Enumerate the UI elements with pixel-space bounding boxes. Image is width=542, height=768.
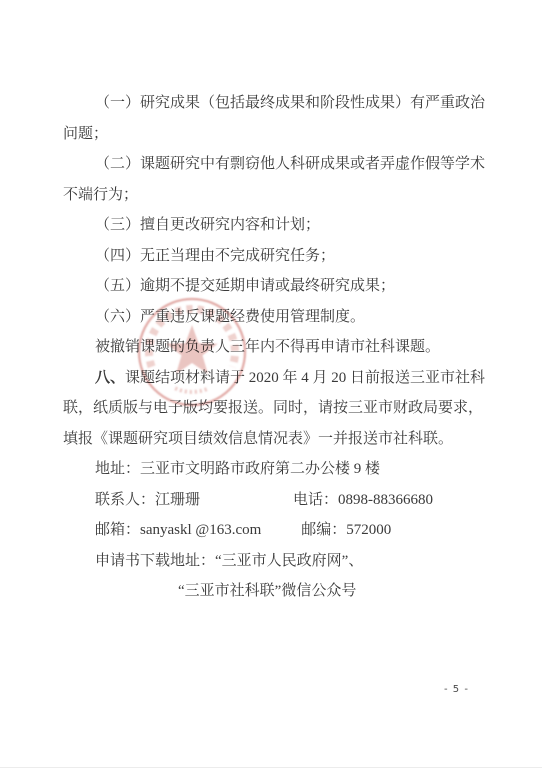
clause-4-line: （四）无正当理由不完成研究任务； [95, 241, 487, 272]
item-8-line-2: 联，纸质版与电子版均要报送。同时，请按三亚市财政局要求， [63, 393, 487, 424]
page-number: - 5 - [444, 684, 469, 695]
contact-email: 邮箱：sanyaskl @163.com [95, 522, 261, 538]
item-8-line-1: 八、课题结项材料请于 2020 年 4 月 20 日前报送三亚市社科 [95, 363, 487, 394]
contact-postcode: 邮编：572000 [301, 522, 391, 538]
clause-2-line-2: 不端行为； [63, 180, 487, 211]
email-line: 邮箱：sanyaskl @163.com邮编：572000 [95, 515, 487, 546]
document-page: （一）研究成果（包括最终成果和阶段性成果）有严重政治 问题； （二）课题研究中有… [0, 0, 542, 768]
item-8-text: 课题结项材料请于 2020 年 4 月 20 日前报送三亚市社科 [125, 370, 485, 386]
download-address-line-1: 申请书下载地址：“三亚市人民政府网”、 [95, 546, 487, 577]
clause-1-line-1: （一）研究成果（包括最终成果和阶段性成果）有严重政治 [95, 88, 487, 119]
clause-3-line: （三）擅自更改研究内容和计划； [95, 210, 487, 241]
item-8-line-3: 填报《课题研究项目绩效信息情况表》一并报送市社科联。 [63, 424, 487, 455]
clause-5-line: （五）逾期不提交延期申请或最终研究成果； [95, 271, 487, 302]
clause-1-line-2: 问题； [63, 119, 487, 150]
item-8-number: 八、 [95, 369, 125, 386]
revocation-note-line: 被撤销课题的负责人三年内不得再申请市社科课题。 [95, 332, 487, 363]
contact-person-line: 联系人：江珊珊电话：0898-88366680 [95, 485, 487, 516]
download-address-line-2: “三亚市社科联”微信公众号 [178, 576, 487, 607]
clause-6-line: （六）严重违反课题经费使用管理制度。 [95, 302, 487, 333]
contact-person: 联系人：江珊珊 [95, 492, 200, 508]
address-line: 地址：三亚市文明路市政府第二办公楼 9 楼 [95, 454, 487, 485]
clause-2-line-1: （二）课题研究中有剽窃他人科研成果或者弄虚作假等学术 [95, 149, 487, 180]
contact-phone: 电话：0898-88366680 [293, 492, 433, 508]
document-body: （一）研究成果（包括最终成果和阶段性成果）有严重政治 问题； （二）课题研究中有… [63, 88, 487, 607]
